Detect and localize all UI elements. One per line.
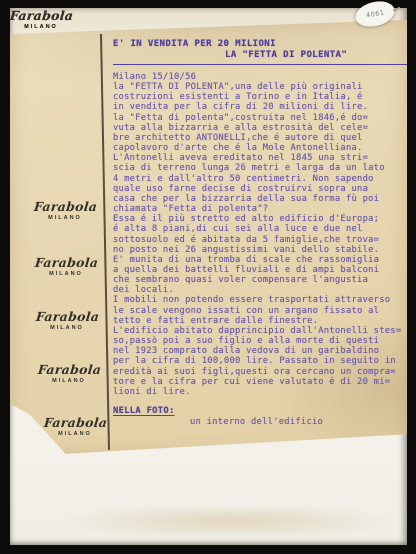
body-line: tetto e fatti entrare dalle finestre. — [113, 316, 407, 326]
body-line: sottosuolo ed é abitata da 5 famiglie,ch… — [113, 235, 407, 245]
body-line: tore e la cifra per cui viene valutato é… — [113, 377, 407, 387]
body-line: chiamata "Fetta di polenta"? — [113, 204, 407, 214]
stamp-city: MILANO — [10, 24, 72, 30]
body-line: Essa é il più stretto ed alto edificio d… — [113, 214, 407, 224]
body-line: L'Antonelli aveva ereditato nel 1845 una… — [113, 153, 407, 163]
body-line: per la cifra di 100,000 lire. Passato in… — [113, 356, 407, 366]
photo-caption: NELLA FOTO: un interno dell'edificio — [113, 398, 407, 428]
stamp-brand: Farabola — [9, 8, 73, 23]
body-line: la "FETTA DI POLENTA",una delle più orig… — [113, 82, 407, 92]
stamp-city: MILANO — [44, 431, 106, 437]
stamp-city: MILANO — [35, 271, 97, 277]
body-line: costruzioni esistenti a Torino e in Ital… — [113, 92, 407, 102]
stamp-city: MILANO — [38, 378, 100, 384]
stamp-brand: Farabola — [43, 415, 107, 430]
headline-line1: E' IN VENDITA PER 20 MILIONI — [113, 39, 276, 49]
body-line: che sembrano quasi voler compensare l'an… — [113, 275, 407, 285]
body-line: scia di terreno lunga 26 metri e larga d… — [113, 163, 407, 173]
stamp-brand: Farabola — [37, 362, 101, 377]
body-line: dei locali. — [113, 285, 407, 295]
farabola-stamp: Farabola MILANO — [10, 8, 72, 30]
body-line: in vendita per la cifra di 20 milioni di… — [113, 102, 407, 112]
typewritten-text: E' IN VENDITA PER 20 MILIONI LA "FETTA D… — [113, 39, 407, 428]
caption-label: NELLA FOTO: — [113, 406, 175, 417]
body-line: capolavoro d'arte che é la Mole Antonell… — [113, 143, 407, 153]
farabola-stamp: Farabola MILANO — [38, 362, 100, 384]
stamp-brand: Farabola — [35, 309, 99, 324]
water-stain — [10, 508, 407, 534]
body-line: a quella dei battelli fluviali e di ampi… — [113, 265, 407, 275]
body-line: bre architetto ANTONELLI,che é autore di… — [113, 133, 407, 143]
body-line: I mobili non potendo essere trasportati … — [113, 295, 407, 305]
stamp-city: MILANO — [34, 215, 96, 221]
body-text: Milano 15/10/56 la "FETTA DI POLENTA",un… — [113, 72, 407, 397]
dateline: Milano 15/10/56 — [113, 72, 407, 82]
body-line: nel 1923 comprato dalla vedova di un gar… — [113, 346, 407, 356]
farabola-stamp: Farabola MILANO — [44, 415, 106, 437]
body-line: 4 metri e dall'altro 50 centimetri. Non … — [113, 174, 407, 184]
body-line: L'edificio abitato dapprincipio dall'Ant… — [113, 326, 407, 336]
farabola-stamp: Farabola MILANO — [36, 309, 98, 331]
body-line: quale uso farne decise di costruirvi sop… — [113, 184, 407, 194]
headline-line2: LA "FETTA DI POLENTA" — [113, 50, 407, 61]
body-line: le scale vengono issati con un argano fi… — [113, 306, 407, 316]
body-line: la "Fetta di polenta",costruita nel 1846… — [113, 113, 407, 123]
body-line: eredità ai suoi figli,questi ora cercano… — [113, 367, 407, 377]
farabola-stamp: Farabola MILANO — [34, 199, 96, 221]
body-line: lioni di lire. — [113, 387, 407, 397]
farabola-stamp: Farabola MILANO — [35, 255, 97, 277]
headline: E' IN VENDITA PER 20 MILIONI LA "FETTA D… — [113, 39, 407, 65]
stamp-brand: Farabola — [34, 255, 98, 270]
archive-number: 4061 — [365, 8, 385, 19]
body-line: casa che per la bizzarria della sua form… — [113, 194, 407, 204]
body-line: so,passò poi a suo figlio e alla morte d… — [113, 336, 407, 346]
caption-text: un interno dell'edificio — [113, 417, 407, 428]
stamp-city: MILANO — [36, 325, 98, 331]
stamp-brand: Farabola — [33, 199, 97, 214]
photo-paper: Farabola MILANO Farabola MILANO Farabola… — [10, 8, 407, 545]
body-line: E' munita di una tromba di scale che ras… — [113, 255, 407, 265]
body-line: vuta alla bizzarria e alla estrosità del… — [113, 123, 407, 133]
body-line: no posto nei 26 angustissimi vani dello … — [113, 245, 407, 255]
body-line: é alta 8 piani,di cui sei alla luce e du… — [113, 224, 407, 234]
